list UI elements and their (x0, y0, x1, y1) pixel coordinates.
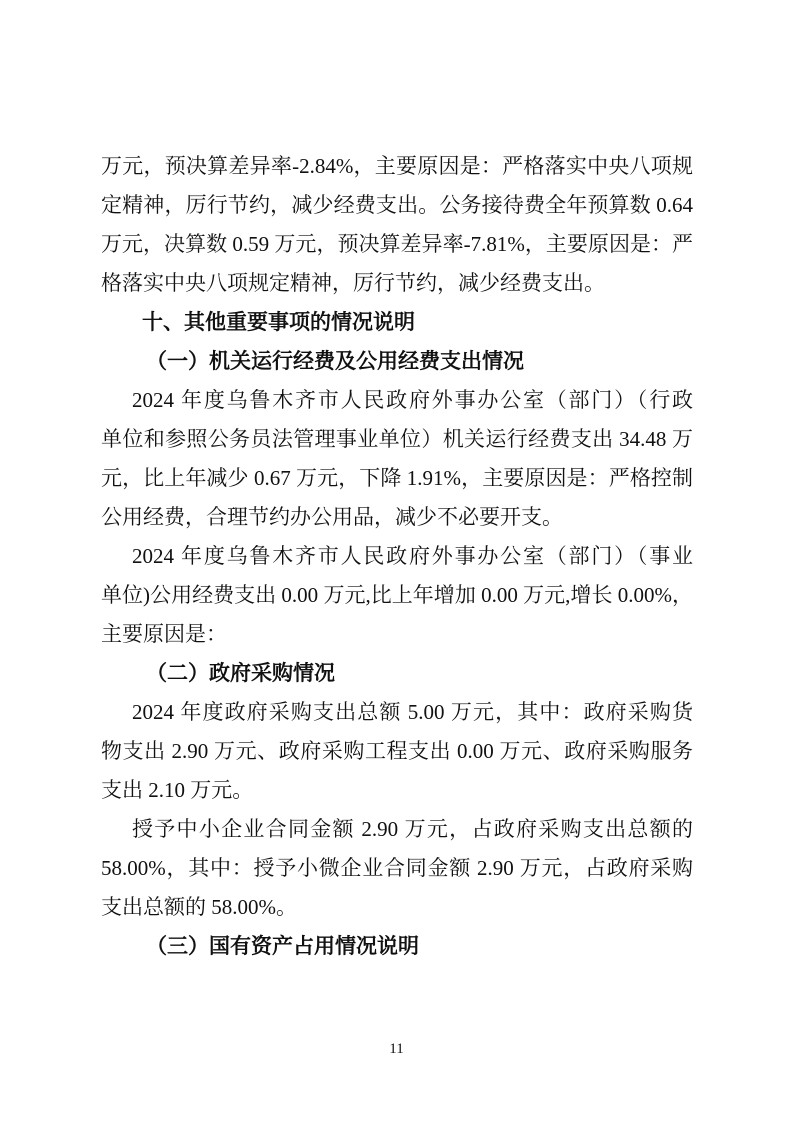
body-line: 万元，预决算差异率-2.84%，主要原因是：严格落实中央八项规 (101, 147, 693, 186)
body-line: 2024 年度政府采购支出总额 5.00 万元，其中：政府采购货 (101, 693, 693, 732)
section-heading: 十、其他重要事项的情况说明 (101, 303, 693, 342)
body-line: 公用经费，合理节约办公用品，减少不必要开支。 (101, 498, 693, 537)
document-page: 万元，预决算差异率-2.84%，主要原因是：严格落实中央八项规定精神，厉行节约，… (0, 0, 793, 1122)
body-line: 支出总额的 58.00%。 (101, 888, 693, 927)
page-number: 11 (0, 1040, 793, 1058)
body-line: 支出 2.10 万元。 (101, 771, 693, 810)
body-line: 主要原因是： (101, 615, 693, 654)
body-line: 万元，决算数 0.59 万元，预决算差异率-7.81%，主要原因是：严 (101, 225, 693, 264)
body-line: 58.00%，其中：授予小微企业合同金额 2.90 万元，占政府采购 (101, 849, 693, 888)
body-line: 授予中小企业合同金额 2.90 万元，占政府采购支出总额的 (101, 810, 693, 849)
body-line: 2024 年度乌鲁木齐市人民政府外事办公室（部门）（事业 (101, 537, 693, 576)
body-line: 2024 年度乌鲁木齐市人民政府外事办公室（部门）（行政 (101, 381, 693, 420)
body-line: 元，比上年减少 0.67 万元，下降 1.91%，主要原因是：严格控制 (101, 459, 693, 498)
subsection-heading: （一）机关运行经费及公用经费支出情况 (101, 342, 693, 381)
document-body: 万元，预决算差异率-2.84%，主要原因是：严格落实中央八项规定精神，厉行节约，… (101, 147, 693, 966)
body-line: 单位和参照公务员法管理事业单位）机关运行经费支出 34.48 万 (101, 420, 693, 459)
body-line: 格落实中央八项规定精神，厉行节约，减少经费支出。 (101, 264, 693, 303)
subsection-heading: （三）国有资产占用情况说明 (101, 927, 693, 966)
subsection-heading: （二）政府采购情况 (101, 654, 693, 693)
body-line: 单位)公用经费支出 0.00 万元,比上年增加 0.00 万元,增长 0.00%… (101, 576, 693, 615)
body-line: 物支出 2.90 万元、政府采购工程支出 0.00 万元、政府采购服务 (101, 732, 693, 771)
body-line: 定精神，厉行节约，减少经费支出。公务接待费全年预算数 0.64 (101, 186, 693, 225)
